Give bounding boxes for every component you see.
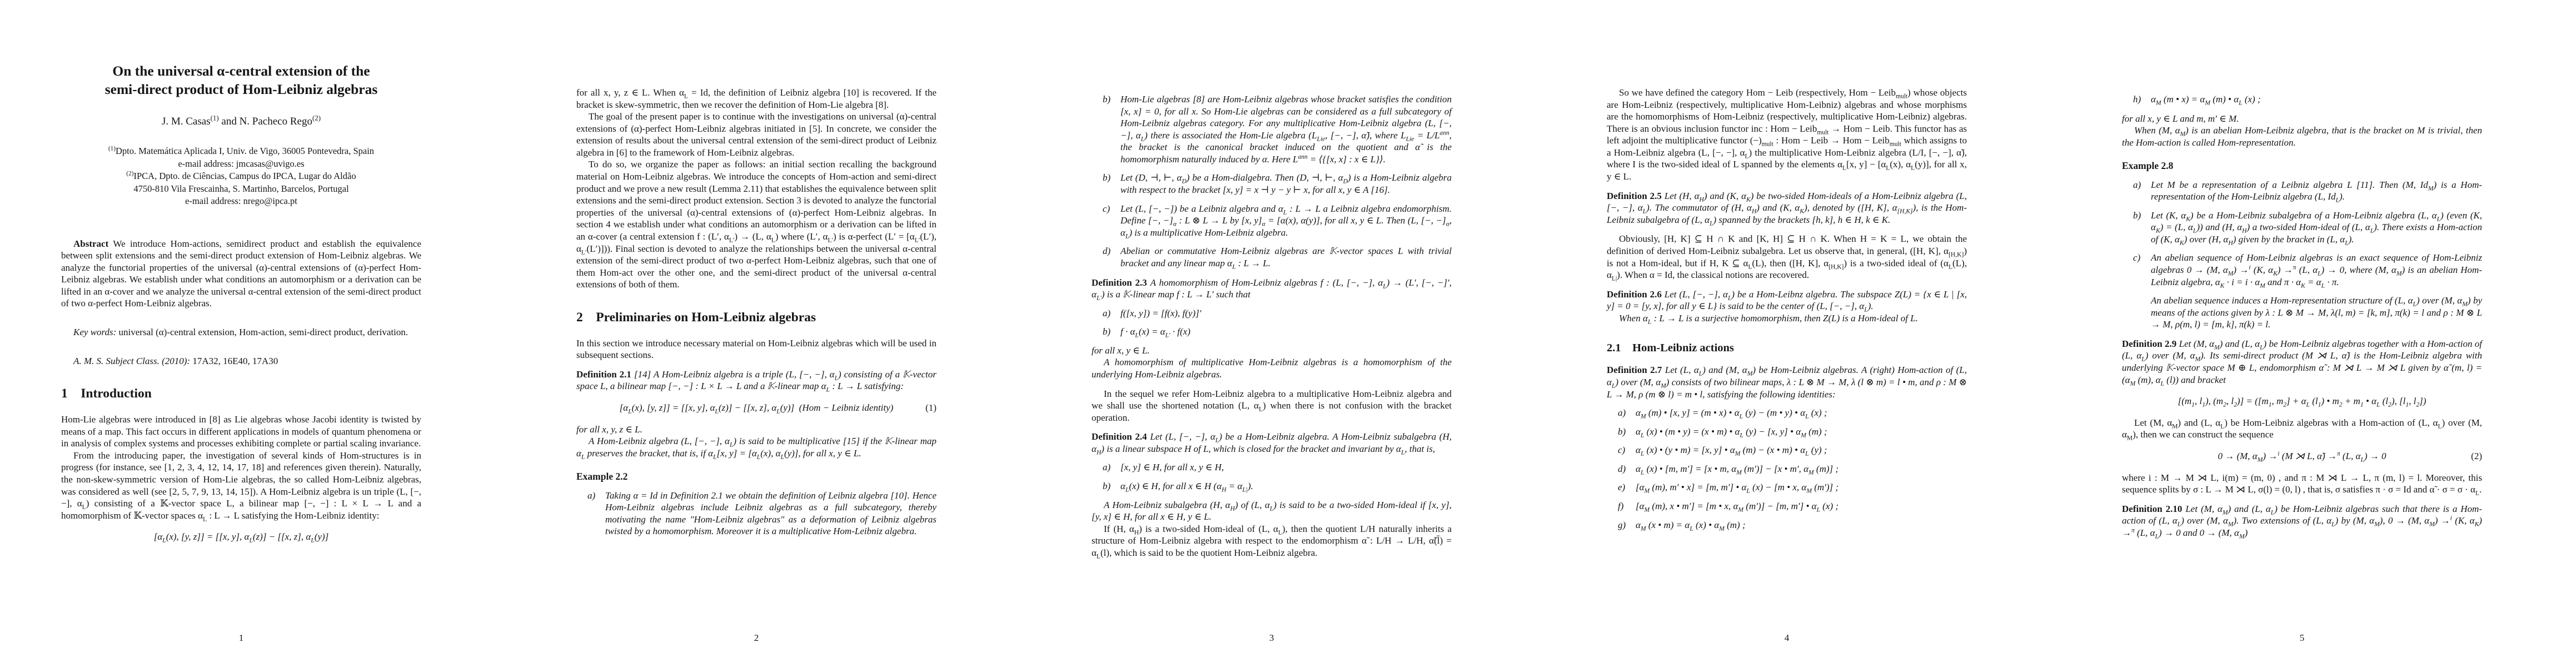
item-text: αL (x) • (m • y) = (x • m) • αL (y) − [x… [1636, 426, 1827, 437]
item-text: f · αL(x) = αL′ · f(x) [1120, 326, 1190, 337]
paragraph: where i : M → M ⋊ L, i(m) = (m, 0) , and… [2122, 472, 2482, 496]
affiliation-1: (1)Dpto. Matemática Aplicada I, Univ. de… [61, 145, 421, 157]
text-column: b)Hom-Lie algebras [8] are Hom-Leibniz a… [1092, 0, 1452, 559]
definition-2-4-a: a)[x, y] ∈ H, for all x, y ∈ H, [1092, 461, 1452, 474]
equation-number: (2) [2471, 450, 2482, 462]
page-1: On the universal α-central extension of … [0, 0, 515, 667]
paper-title: On the universal α-central extension of … [61, 62, 421, 98]
intro-paragraph-2: From the introducing paper, the investig… [61, 450, 421, 521]
item-text: Let M be a representation of a Leibniz a… [2151, 180, 2482, 202]
example-2-2-a: a)Taking α = Id in Definition 2.1 we obt… [576, 490, 936, 537]
hom-leibniz-identity: [αL(x), [y, z]] = [[x, y], αL(z)] − [[x,… [61, 531, 421, 543]
definition-2-10: Definition 2.10 Let (M, αM) and (L, αL) … [2122, 503, 2482, 539]
item-text: Hom-Lie algebras [8] are Hom-Leibniz alg… [1120, 94, 1452, 165]
page-2: for all x, y, z ∈ L. When αL = Id, the d… [515, 0, 1030, 667]
paragraph: When αL : L → L is a surjective homomorp… [1607, 312, 1967, 325]
page-number: 3 [1092, 633, 1452, 644]
item-text: Let (D, ⊣, ⊢, αD) be a Hom-dialgebra. Th… [1120, 172, 1452, 195]
item-text: Let (L, [−, −]) be a Leibniz algebra and… [1120, 203, 1452, 238]
formula-text: [αL(x), [y, z]] = [[x, y], αL(z)] − [[x,… [620, 402, 894, 413]
item-label: a) [2133, 179, 2141, 191]
semidirect-bracket-formula: [(m1, l1), (m2, l2)] = ([m1, m2] + αL (l… [2122, 395, 2482, 407]
paragraph: for all x, y ∈ L. [1092, 345, 1452, 357]
definition-2-1: Definition 2.1 [14] A Hom-Leibniz algebr… [576, 369, 936, 392]
definition-2-3: Definition 2.3 A homomorphism of Hom-Lei… [1092, 277, 1452, 301]
item-label: c) [1103, 203, 1110, 215]
paragraph: Obviously, [H, K] ⊆ H ∩ K and [K, H] ⊆ H… [1607, 233, 1967, 281]
affiliation-2: (2)IPCA, Dpto. de Ciências, Campus do IP… [61, 170, 421, 182]
paragraph: If (H, αH) is a two-sided Hom-ideal of (… [1092, 523, 1452, 559]
affiliation-2b: 4750-810 Vila Frescainha, S. Martinho, B… [61, 183, 421, 195]
item-label: b) [1103, 93, 1110, 106]
paragraph: A homomorphism of multiplicative Hom-Lei… [1092, 356, 1452, 380]
paper-canvas: { "arxiv_label": "arXiv:1309.5204v1 [mat… [0, 0, 2576, 667]
action-identity-h: h)αM (m • x) = αM (m) • αL (x) ; [2122, 93, 2482, 106]
item-label: a) [587, 490, 595, 502]
item-label: d) [1103, 245, 1110, 257]
item-label: a) [1103, 461, 1110, 474]
item-text: [x, y] ∈ H, for all x, y ∈ H, [1120, 462, 1224, 472]
equation-2: 0 → (M, αM) →i (M ⋊ L, α̃) →π (L, αL) → … [2122, 450, 2482, 462]
page-number: 1 [61, 633, 421, 644]
action-identity-b: b)αL (x) • (m • y) = (x • m) • αL (y) − … [1607, 426, 1967, 438]
example-2-2-b2: b)Let (D, ⊣, ⊢, αD) be a Hom-dialgebra. … [1092, 172, 1452, 196]
item-label: c) [1618, 444, 1625, 456]
item-label: d) [1618, 463, 1626, 475]
example-2-8-a: a)Let M be a representation of a Leibniz… [2122, 179, 2482, 203]
example-2-8-c: c)An abelian sequence of Hom-Leibniz alg… [2122, 252, 2482, 288]
example-2-2-c: c)Let (L, [−, −]) be a Leibniz algebra a… [1092, 203, 1452, 239]
page-5: h)αM (m • x) = αM (m) • αL (x) ;for all … [2061, 0, 2576, 667]
example-2-8-heading: Example 2.8 [2122, 160, 2482, 172]
paragraph: for all x, y, z ∈ L. [576, 424, 936, 436]
paragraph: When (M, αM) is an abelian Hom-Leibniz a… [2122, 125, 2482, 148]
page-number: 4 [1607, 633, 1967, 644]
item-text: [αM (m), m′ • x] = [m, m′] • αL (x) − [m… [1636, 482, 1838, 492]
item-label: b) [1103, 172, 1110, 184]
section-2-1-heading: 2.1 Hom-Leibniz actions [1607, 341, 1967, 355]
text-column: On the universal α-central extension of … [61, 62, 421, 543]
example-2-2-heading: Example 2.2 [576, 470, 936, 482]
action-identity-d: d)αL (x) • [m, m′] = [x • m, αM (m′)] − … [1607, 463, 1967, 475]
example-2-2-b1: b)Hom-Lie algebras [8] are Hom-Leibniz a… [1092, 93, 1452, 165]
example-2-8-b: b)Let (K, αK) be a Hom-Leibniz subalgebr… [2122, 210, 2482, 246]
paragraph: In this section we introduce necessary m… [576, 337, 936, 361]
item-text: αM (m • x) = αM (m) • αL (x) ; [2151, 94, 2261, 104]
email-2: e-mail address: nrego@ipca.pt [61, 195, 421, 207]
item-text: An abelian sequence of Hom-Leibniz algeb… [2151, 252, 2482, 287]
equation-1: [αL(x), [y, z]] = [[x, y], αL(z)] − [[x,… [576, 402, 936, 414]
item-text: f([x, y]) = [f(x), f(y)]′ [1120, 308, 1201, 318]
paragraph: for all x, y ∈ L and m, m′ ∈ M. [2122, 113, 2482, 125]
definition-2-6: Definition 2.6 Let (L, [−, −], αL) be a … [1607, 288, 1967, 312]
text-column: So we have defined the category Hom − Le… [1607, 0, 1967, 531]
paragraph: A Hom-Leibniz algebra (L, [−, −], αL) is… [576, 435, 936, 459]
formula-text: [(m1, l1), (m2, l2)] = ([m1, m2] + αL (l… [2178, 396, 2426, 406]
item-text: Taking α = Id in Definition 2.1 we obtai… [605, 490, 936, 537]
item-label: b) [1618, 426, 1626, 438]
item-label: h) [2133, 93, 2141, 106]
definition-2-9: Definition 2.9 Let (M, αM) and (L, αL) b… [2122, 338, 2482, 386]
item-label: e) [1618, 481, 1625, 494]
keywords: Key words: universal (α)-central extensi… [61, 326, 421, 339]
section-1-heading: 1 Introduction [61, 386, 421, 402]
page-3: b)Hom-Lie algebras [8] are Hom-Leibniz a… [1030, 0, 1546, 667]
page-4: So we have defined the category Hom − Le… [1546, 0, 2061, 667]
item-label: b) [2133, 210, 2141, 222]
page-number: 5 [2122, 633, 2482, 644]
text-column: for all x, y, z ∈ L. When αL = Id, the d… [576, 0, 936, 537]
paragraph: Let (M, αM) and (L, αL) be Hom-Leibniz a… [2122, 417, 2482, 441]
item-text: αM (x • m) = αL (x) • αM (m) ; [1636, 520, 1746, 530]
intro-paragraph-1: Hom-Lie algebras were introduced in [8] … [61, 414, 421, 450]
item-label: b) [1103, 326, 1110, 338]
definition-2-7: Definition 2.7 Let (L, αL) and (M, αM) b… [1607, 364, 1967, 400]
item-text: αL (x) • (y • m) = [x, y] • αM (m) − (x … [1636, 445, 1827, 455]
paragraph: A Hom-Leibniz subalgebra (H, αH) of (L, … [1092, 499, 1452, 523]
example-2-2-d: d)Abelian or commutative Hom-Leibniz alg… [1092, 245, 1452, 269]
item-label: f) [1618, 500, 1623, 512]
equation-number: (1) [925, 402, 936, 414]
item-text: Abelian or commutative Hom-Leibniz algeb… [1120, 246, 1452, 268]
paragraph: So we have defined the category Hom − Le… [1607, 87, 1967, 183]
formula-text: 0 → (M, αM) →i (M ⋊ L, α̃) →π (L, αL) → … [2218, 451, 2386, 461]
authors: J. M. Casas(1) and N. Pacheco Rego(2) [61, 115, 421, 128]
action-identity-e: e)[αM (m), m′ • x] = [m, m′] • αL (x) − … [1607, 481, 1967, 494]
action-identity-f: f)[αM (m), x • m′] = [m • x, αM (m′)] − … [1607, 500, 1967, 512]
paragraph: for all x, y, z ∈ L. When αL = Id, the d… [576, 87, 936, 111]
section-2-heading: 2 Preliminaries on Hom-Leibniz algebras [576, 310, 936, 326]
item-text: αL(x) ∈ H, for all x ∈ H (αH = αL|). [1120, 481, 1253, 491]
example-2-8-c-cont: An abelian sequence induces a Hom-repres… [2122, 295, 2482, 331]
item-label: b) [1103, 480, 1110, 492]
paragraph: The goal of the present paper is to cont… [576, 111, 936, 158]
definition-2-4: Definition 2.4 Let (L, [−, −], αL) be a … [1092, 431, 1452, 455]
definition-2-5: Definition 2.5 Let (H, αH) and (K, αK) b… [1607, 190, 1967, 226]
paragraph: In the sequel we refer Hom-Leibniz algeb… [1092, 388, 1452, 424]
item-label: g) [1618, 519, 1626, 531]
definition-2-4-b: b)αL(x) ∈ H, for all x ∈ H (αH = αL|). [1092, 480, 1452, 492]
action-identity-c: c)αL (x) • (y • m) = [x, y] • αM (m) − (… [1607, 444, 1967, 456]
email-1: e-mail address: jmcasas@uvigo.es [61, 158, 421, 170]
item-text: [αM (m), x • m′] = [m • x, αM (m′)] − [m… [1636, 501, 1838, 511]
text-column: h)αM (m • x) = αM (m) • αL (x) ;for all … [2122, 0, 2482, 539]
formula-text: [αL(x), [y, z]] = [[x, y], αL(z)] − [[x,… [154, 531, 329, 542]
abstract: Abstract We introduce Hom-actions, semid… [61, 238, 421, 310]
item-text: Let (K, αK) be a Hom-Leibniz subalgebra … [2151, 210, 2482, 245]
page-number: 2 [576, 633, 936, 644]
subject-class: A. M. S. Subject Class. (2010): 17A32, 1… [61, 355, 421, 367]
item-text: αL (x) • [m, m′] = [x • m, αM (m′)] − [x… [1636, 464, 1838, 474]
item-label: a) [1103, 307, 1110, 320]
item-text: αM (m) • [x, y] = (m • x) • αL (y) − (m … [1636, 407, 1827, 418]
action-identity-g: g)αM (x • m) = αL (x) • αM (m) ; [1607, 519, 1967, 531]
definition-2-3-b: b)f · αL(x) = αL′ · f(x) [1092, 326, 1452, 338]
item-label: c) [2133, 252, 2140, 264]
paragraph: To do so, we organize the paper as follo… [576, 158, 936, 290]
item-label: a) [1618, 407, 1626, 419]
action-identity-a: a)αM (m) • [x, y] = (m • x) • αL (y) − (… [1607, 407, 1967, 419]
definition-2-3-a: a)f([x, y]) = [f(x), f(y)]′ [1092, 307, 1452, 320]
